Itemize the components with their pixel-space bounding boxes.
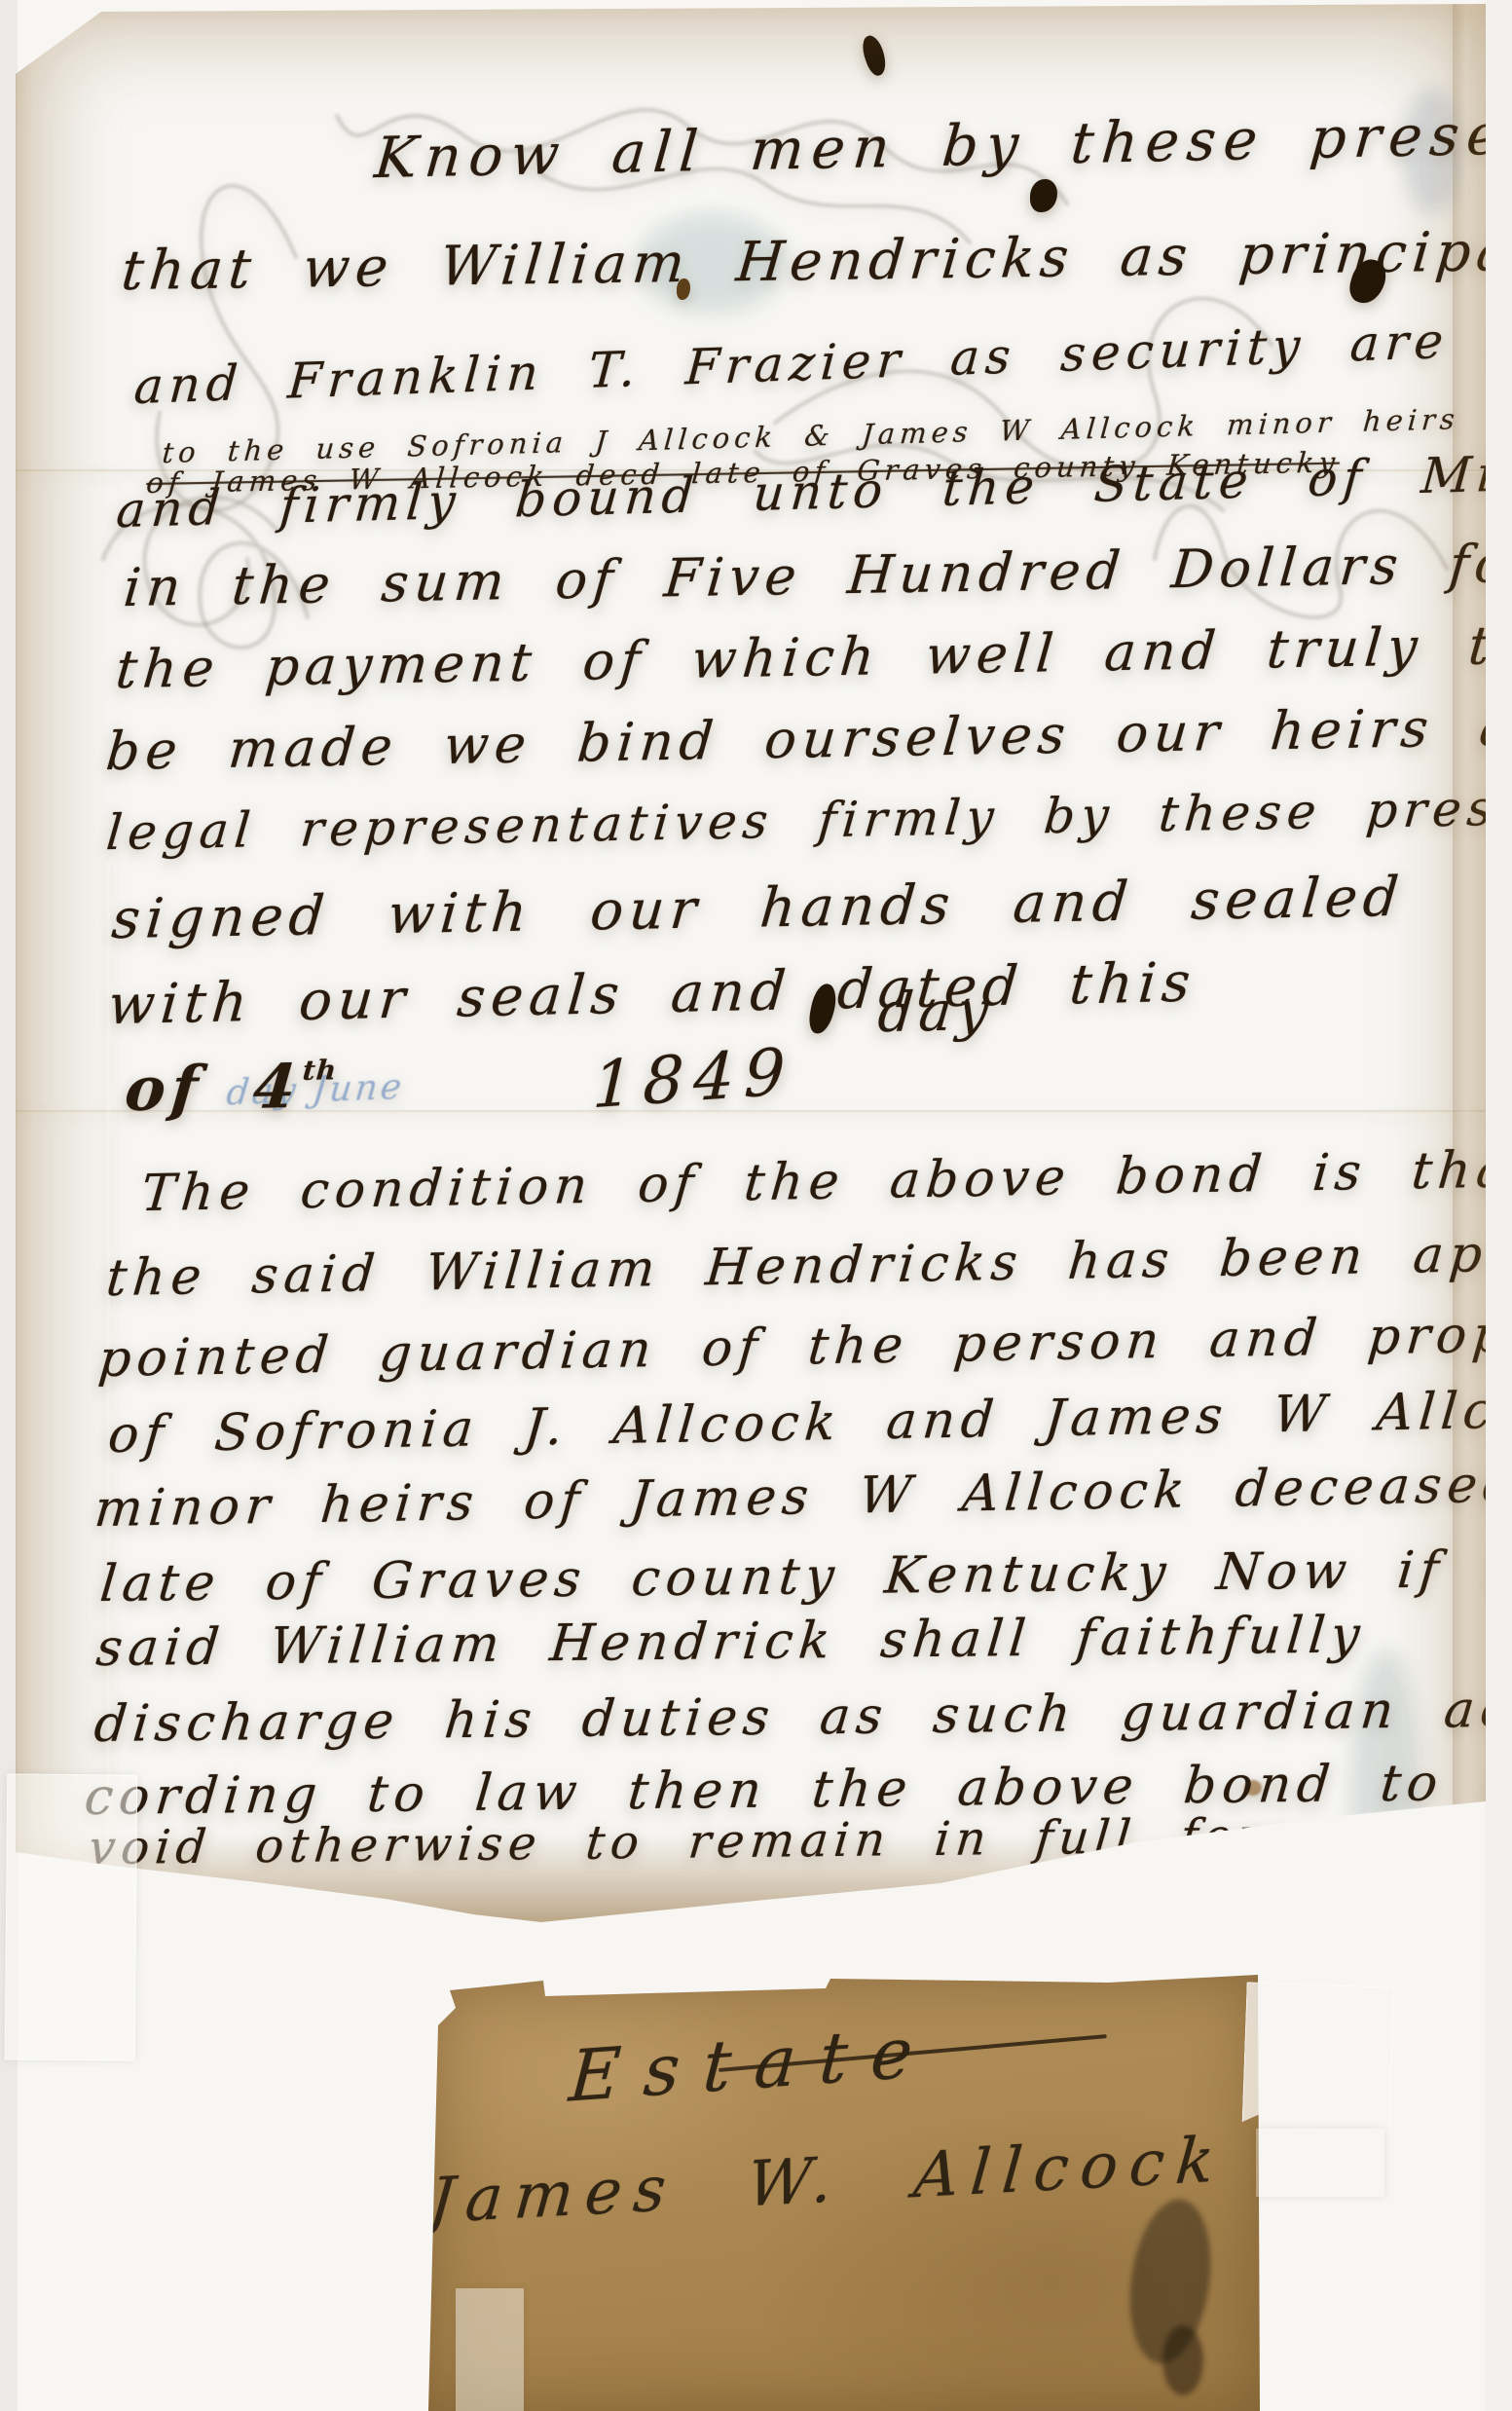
bond-line: said William Hendrick shall faithfully [93, 1606, 1368, 1678]
bond-line: legal representatives firmly by these pr… [104, 778, 1512, 861]
bond-line-day-word: day [875, 980, 997, 1045]
scan-margin-right [1485, 0, 1512, 2411]
bond-line: be made we bind ourselves our heirs and [103, 694, 1512, 782]
fragment-edge-vignette [426, 1975, 1260, 2411]
bond-line: the said William Hendricks has been ap- [104, 1225, 1512, 1308]
bond-line: signed with our hands and sealed [109, 866, 1407, 951]
bond-date-year: 1849 [591, 1033, 795, 1123]
bond-line: with our seals and dated this [106, 951, 1199, 1038]
archival-tape [1241, 1982, 1394, 2133]
bond-line: late of Graves county Kentucky Now if th… [97, 1539, 1512, 1614]
bond-line: void otherwise to remain in full force [87, 1808, 1334, 1875]
bond-line: minor heirs of James W Allcock deceased [92, 1455, 1512, 1539]
bond-document-paper: Know all men by these presents that we W… [16, 4, 1486, 1924]
estate-label-fragment: Estate James W. Allcock [426, 1975, 1260, 2411]
bond-line: pointed guardian of the person and prope… [96, 1303, 1512, 1389]
bond-date-prefix: of 4th [123, 1050, 339, 1125]
archival-tape [1256, 2129, 1384, 2197]
ink-blot [677, 278, 690, 300]
archival-tape [456, 2288, 524, 2411]
fold-crease [1453, 4, 1486, 1924]
bond-line: of Sofronia J. Allcock and James W Allco… [106, 1380, 1512, 1465]
bond-line: The condition of the above bond is that [139, 1140, 1512, 1223]
bond-line: discharge his duties as such guardian ac… [92, 1680, 1512, 1754]
archival-tape [5, 1773, 138, 2060]
document-scan: Know all men by these presents that we W… [0, 0, 1512, 2411]
